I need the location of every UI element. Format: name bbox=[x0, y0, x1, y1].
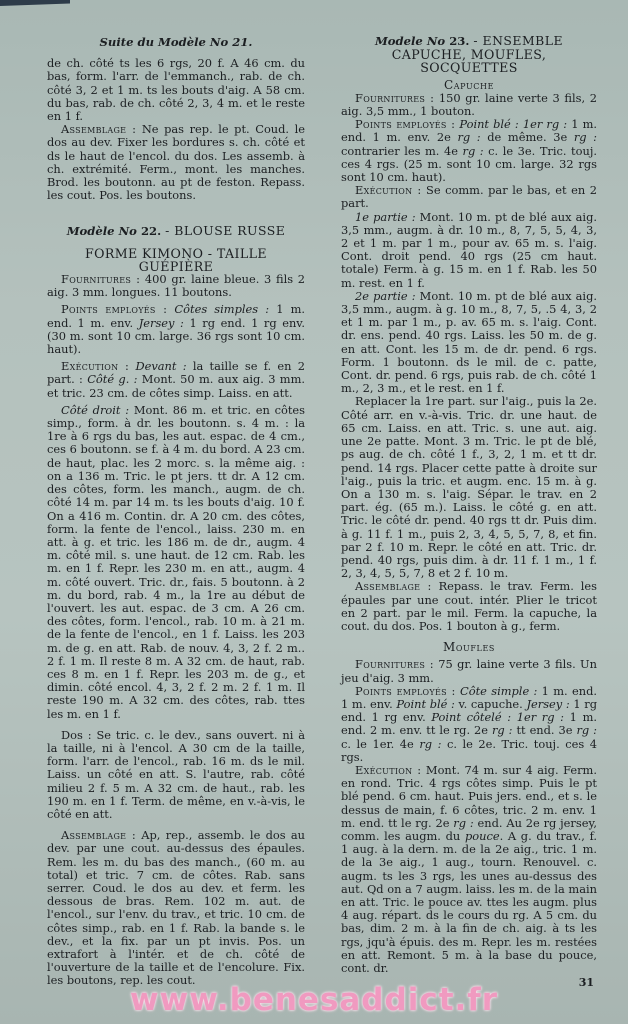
assemblage-label: Assemblage : bbox=[61, 122, 136, 136]
fournitures-moufles: Fournitures : 75 gr. laine verte 3 fils.… bbox=[341, 658, 597, 684]
assemblage-22-paragraph: Assemblage : Ap, rep., assemb. le dos au… bbox=[47, 829, 305, 987]
execution-capuche: Exécution : Se comm. par le bas, et en 2… bbox=[341, 184, 597, 210]
partie-1-paragraph: 1e partie : Mont. 10 m. pt de blé aux ai… bbox=[341, 211, 597, 290]
model-22-heading: Modèle No 22. - BLOUSE RUSSE bbox=[47, 224, 305, 238]
moufles-heading: Moufles bbox=[341, 641, 597, 654]
execution-22: Exécution : Devant : la taille se f. en … bbox=[47, 360, 305, 400]
left-column: Suite du Modèle No 21. de ch. côté ts le… bbox=[47, 36, 305, 988]
points-employes-capuche: Points employés : Point blé : 1er rg : 1… bbox=[341, 118, 597, 184]
right-column: Modele No 23. - ENSEMBLE CAPUCHE, MOUFLE… bbox=[341, 34, 597, 975]
replacer-paragraph: Replacer la 1re part. sur l'aig., puis l… bbox=[341, 395, 597, 580]
model-23-subtitle: CAPUCHE, MOUFLES, SOCQUETTES bbox=[341, 48, 597, 74]
cote-droit-paragraph: Côté droit : Mont. 86 m. et tric. en côt… bbox=[47, 404, 305, 721]
assemblage-capuche: Assemblage : Repass. le trav. Ferm. les … bbox=[341, 580, 597, 633]
continuation-text: de ch. côté ts les 6 rgs, 20 f. A 46 cm.… bbox=[47, 57, 305, 123]
model-22-subtitle: FORME KIMONO - TAILLE GUÉPIÈRE bbox=[47, 247, 305, 273]
assemblage-21-paragraph: Assemblage : Ne pas rep. le pt. Coud. le… bbox=[47, 123, 305, 202]
model-23-heading: Modele No 23. - ENSEMBLE bbox=[341, 34, 597, 48]
fournitures-22: Fournitures : 400 gr. laine bleue. 3 fil… bbox=[47, 273, 305, 299]
execution-moufles: Exécution : Mont. 74 m. sur 4 aig. Ferm.… bbox=[341, 764, 597, 975]
continuation-heading: Suite du Modèle No 21. bbox=[47, 36, 305, 49]
page-corner-shadow bbox=[0, 0, 70, 6]
dos-paragraph: Dos : Se tric. c. le dev., sans ouvert. … bbox=[47, 729, 305, 821]
points-employes-moufles: Points employés : Côte simple : 1 m. end… bbox=[341, 685, 597, 764]
watermark-link: www.benesaddict.fr bbox=[0, 982, 628, 1018]
partie-2-paragraph: 2e partie : Mont. 10 m. pt de blé aux ai… bbox=[341, 290, 597, 396]
points-employes-22: Points employés : Côtes simples : 1 m. e… bbox=[47, 303, 305, 356]
fournitures-capuche: Fournitures : 150 gr. laine verte 3 fils… bbox=[341, 92, 597, 118]
